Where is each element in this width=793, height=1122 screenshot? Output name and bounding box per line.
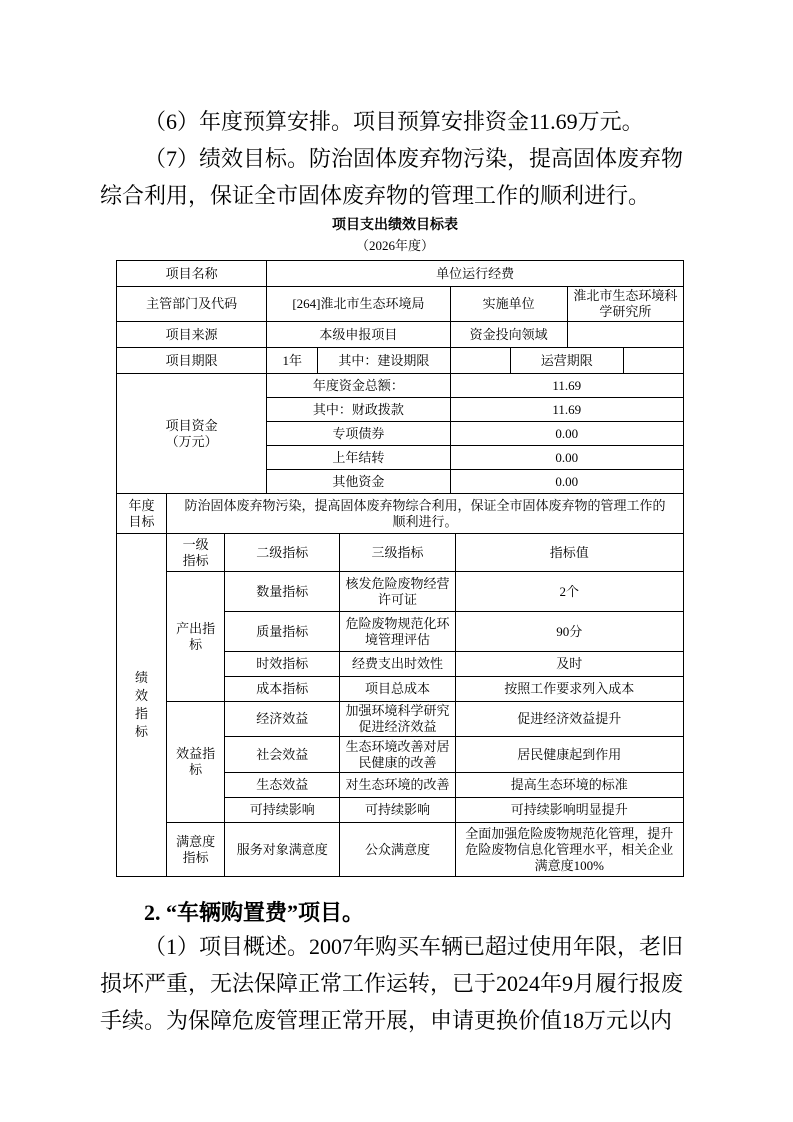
quality-indicator-name: 危险废物规范化环 境管理评估 — [340, 612, 455, 652]
performance-table: 绩效指标 一级 指标 二级指标 三级指标 指标值 产出指 标 数量指标 核发危险… — [116, 533, 684, 877]
impl-unit-label: 实施单位 — [450, 287, 567, 322]
funds-label: 项目资金 （万元） — [117, 374, 267, 494]
impl-unit-value: 淮北市生态环境科 学研究所 — [567, 287, 683, 322]
document-page: （6）年度预算安排。项目预算安排资金11.69万元。 （7）绩效目标。防治固体废… — [0, 0, 793, 1122]
table-row: 项目资金 （万元） 年度资金总额： 11.69 — [117, 374, 684, 398]
operate-period-value — [623, 348, 683, 374]
cost-indicator-value: 按照工作要求列入成本 — [455, 677, 683, 702]
paragraph-performance-goal: （7）绩效目标。防治固体废弃物污染，提高固体废弃物 综合利用，保证全市固体废弃物… — [100, 140, 690, 214]
annual-goal-text: 防治固体废弃物污染，提高固体废弃物综合利用，保证全市固体废弃物的管理工作的 顺利… — [167, 494, 684, 534]
funds-carryover-label: 上年结转 — [267, 446, 450, 470]
satisfaction-indicator-name: 公众满意度 — [340, 823, 455, 877]
funds-fiscal-label: 其中：财政拨款 — [267, 398, 450, 422]
header-level3: 三级指标 — [340, 534, 455, 572]
quantity-indicator-name: 核发危险废物经营 许可证 — [340, 572, 455, 612]
table-row: 项目期限 1年 其中：建设期限 运营期限 — [117, 348, 684, 374]
table-row: 项目名称 单位运行经费 — [117, 261, 684, 287]
annual-goal-table: 年度 目标 防治固体废弃物污染，提高固体废弃物综合利用，保证全市固体废弃物的管理… — [116, 493, 684, 534]
table-row: 产出指 标 数量指标 核发危险废物经营 许可证 2个 — [117, 572, 684, 612]
eco-benefit-label: 生态效益 — [225, 773, 340, 798]
project-name-value: 单位运行经费 — [267, 261, 684, 287]
table-row: 项目来源 本级申报项目 资金投向领域 — [117, 322, 684, 348]
quantity-indicator-label: 数量指标 — [225, 572, 340, 612]
annual-goal-label: 年度 目标 — [117, 494, 167, 534]
social-benefit-label: 社会效益 — [225, 737, 340, 773]
source-value: 本级申报项目 — [267, 322, 450, 348]
performance-label-cell: 绩效指标 — [117, 534, 167, 877]
dept-value: [264]淮北市生态环境局 — [267, 287, 450, 322]
eco-benefit-name: 对生态环境的改善 — [340, 773, 455, 798]
quantity-indicator-value: 2个 — [455, 572, 683, 612]
sustain-impact-name: 可持续影响 — [340, 798, 455, 823]
funds-other-label: 其他资金 — [267, 470, 450, 494]
eco-benefit-value: 提高生态环境的标准 — [455, 773, 683, 798]
economic-benefit-value: 促进经济效益提升 — [455, 702, 683, 737]
satisfaction-indicator-value: 全面加强危险废物规范化管理，提升 危险废物信息化管理水平，相关企业 满意度100… — [455, 823, 683, 877]
cost-indicator-label: 成本指标 — [225, 677, 340, 702]
quality-indicator-label: 质量指标 — [225, 612, 340, 652]
project-name-label: 项目名称 — [117, 261, 267, 287]
source-label: 项目来源 — [117, 322, 267, 348]
operate-period-label: 运营期限 — [510, 348, 623, 374]
funds-total-value: 11.69 — [450, 374, 683, 398]
sustain-impact-value: 可持续影响明显提升 — [455, 798, 683, 823]
table-title: 项目支出绩效目标表 — [100, 216, 690, 236]
basic-info-table: 项目名称 单位运行经费 主管部门及代码 [264]淮北市生态环境局 实施单位 淮… — [116, 260, 684, 374]
table-row: 绩效指标 一级 指标 二级指标 三级指标 指标值 — [117, 534, 684, 572]
header-value: 指标值 — [455, 534, 683, 572]
header-level2: 二级指标 — [225, 534, 340, 572]
funds-total-label: 年度资金总额： — [267, 374, 450, 398]
quality-indicator-value: 90分 — [455, 612, 683, 652]
performance-vertical-label: 绩效指标 — [134, 669, 149, 741]
timeliness-indicator-value: 及时 — [455, 652, 683, 677]
table-row: 年度 目标 防治固体废弃物污染，提高固体废弃物综合利用，保证全市固体废弃物的管理… — [117, 494, 684, 534]
funds-bond-label: 专项债券 — [267, 422, 450, 446]
social-benefit-value: 居民健康起到作用 — [455, 737, 683, 773]
satisfaction-indicator-label: 服务对象满意度 — [225, 823, 340, 877]
economic-benefit-name: 加强环境科学研究 促进经济效益 — [340, 702, 455, 737]
satisfaction-group-label: 满意度 指标 — [167, 823, 225, 877]
build-period-label: 其中：建设期限 — [318, 348, 450, 374]
period-label: 项目期限 — [117, 348, 267, 374]
funds-other-value: 0.00 — [450, 470, 683, 494]
economic-benefit-label: 经济效益 — [225, 702, 340, 737]
table-subtitle-year: （2026年度） — [100, 236, 690, 256]
funds-carryover-value: 0.00 — [450, 446, 683, 470]
benefit-group-label: 效益指 标 — [167, 702, 225, 823]
page-content: （6）年度预算安排。项目预算安排资金11.69万元。 （7）绩效目标。防治固体废… — [100, 103, 690, 1039]
table-row: 满意度 指标 服务对象满意度 公众满意度 全面加强危险废物规范化管理，提升 危险… — [117, 823, 684, 877]
timeliness-indicator-label: 时效指标 — [225, 652, 340, 677]
invest-field-label: 资金投向领域 — [450, 322, 567, 348]
sustain-impact-label: 可持续影响 — [225, 798, 340, 823]
period-value: 1年 — [267, 348, 318, 374]
build-period-value — [450, 348, 510, 374]
timeliness-indicator-name: 经费支出时效性 — [340, 652, 455, 677]
paragraph-annual-budget: （6）年度预算安排。项目预算安排资金11.69万元。 — [100, 103, 690, 140]
cost-indicator-name: 项目总成本 — [340, 677, 455, 702]
header-level1: 一级 指标 — [167, 534, 225, 572]
funds-table: 项目资金 （万元） 年度资金总额： 11.69 其中：财政拨款 11.69 专项… — [116, 373, 684, 494]
funds-bond-value: 0.00 — [450, 422, 683, 446]
funds-fiscal-value: 11.69 — [450, 398, 683, 422]
dept-label: 主管部门及代码 — [117, 287, 267, 322]
social-benefit-name: 生态环境改善对居 民健康的改善 — [340, 737, 455, 773]
section2-heading: 2. “车辆购置费”项目。 — [100, 897, 690, 928]
invest-field-value — [567, 322, 683, 348]
paragraph-project-overview: （1）项目概述。2007年购买车辆已超过使用年限，老旧 损坏严重，无法保障正常工… — [100, 928, 690, 1039]
table-row: 主管部门及代码 [264]淮北市生态环境局 实施单位 淮北市生态环境科 学研究所 — [117, 287, 684, 322]
output-group-label: 产出指 标 — [167, 572, 225, 702]
table-row: 效益指 标 经济效益 加强环境科学研究 促进经济效益 促进经济效益提升 — [117, 702, 684, 737]
